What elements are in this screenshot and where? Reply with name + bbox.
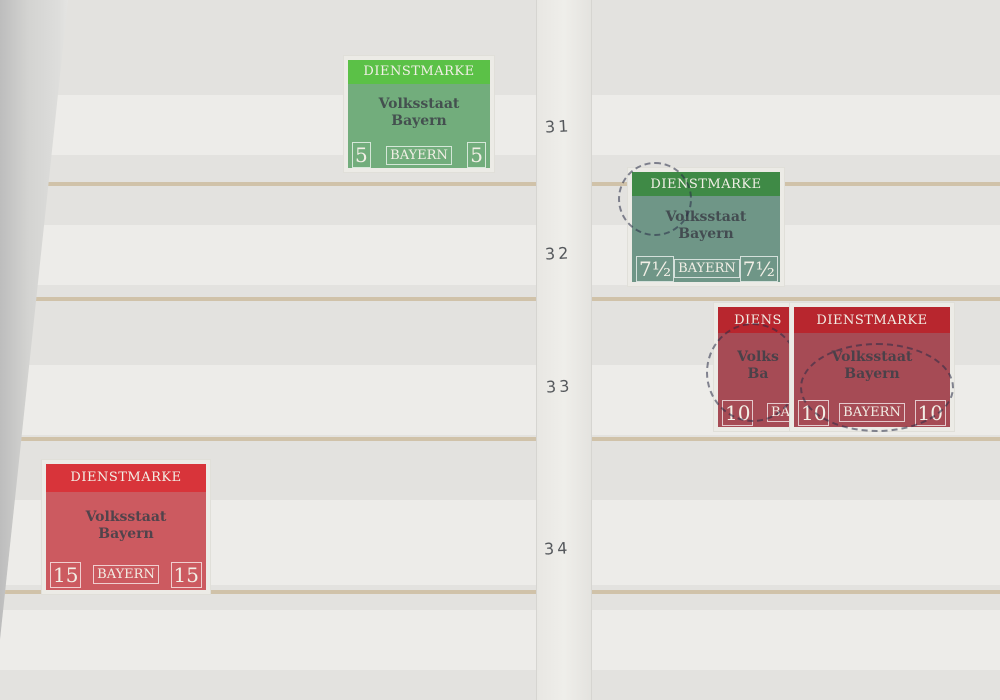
- stamp-value: 10: [915, 400, 946, 426]
- stamp-33b[interactable]: DIENSTMARKE Volksstaat Bayern 10 BAYERN …: [790, 303, 954, 431]
- stamp-header: DIENSTMARKE: [632, 172, 780, 196]
- stamp-value: 5: [352, 142, 371, 168]
- overprint-line2: Ba: [748, 366, 769, 383]
- stamp-header: DIENSTMARKE: [794, 307, 950, 333]
- overprint-line2: Bayern: [844, 366, 900, 383]
- row-number-31: 31: [545, 116, 572, 136]
- overprint-line1: Volksstaat: [832, 349, 913, 366]
- stamp-value: 15: [50, 562, 81, 588]
- album-strip: [0, 185, 1000, 300]
- stamp-value: 7½: [740, 256, 778, 282]
- stamp-country: BAYERN: [674, 259, 740, 278]
- stamp-value: 15: [171, 562, 202, 588]
- album-strip: [0, 595, 1000, 700]
- stamp-32[interactable]: DIENSTMARKE Volksstaat Bayern 7½ BAYERN …: [628, 168, 784, 286]
- overprint-line1: Volks: [737, 349, 779, 366]
- stamp-31[interactable]: DIENSTMARKE Volksstaat Bayern 5 BAYERN 5: [344, 56, 494, 172]
- stamp-value: 7½: [636, 256, 674, 282]
- stamp-country: BAYERN: [93, 565, 159, 584]
- row-number-32: 32: [545, 243, 572, 263]
- stamp-header: DIENS: [718, 307, 798, 333]
- stamp-value: 10: [722, 400, 753, 426]
- overprint-line2: Bayern: [98, 526, 154, 543]
- stamp-country: BAYERN: [386, 146, 452, 165]
- overprint-line2: Bayern: [678, 226, 734, 243]
- center-column: [536, 0, 592, 700]
- row-number-34: 34: [544, 538, 571, 558]
- stamp-header: DIENSTMARKE: [46, 464, 206, 492]
- overprint-line2: Bayern: [391, 113, 447, 130]
- row-number-33: 33: [546, 376, 573, 396]
- stamp-value: 5: [467, 142, 486, 168]
- stamp-value: 10: [798, 400, 829, 426]
- overprint-line1: Volksstaat: [86, 509, 167, 526]
- stamp-33a[interactable]: DIENS Volks Ba 10 BA: [714, 303, 802, 431]
- album-strip: [0, 0, 1000, 185]
- stamp-34[interactable]: DIENSTMARKE Volksstaat Bayern 15 BAYERN …: [42, 460, 210, 594]
- overprint-line1: Volksstaat: [666, 209, 747, 226]
- stamp-country: BAYERN: [839, 403, 905, 422]
- stamp-header: DIENSTMARKE: [348, 60, 490, 84]
- overprint-line1: Volksstaat: [379, 96, 460, 113]
